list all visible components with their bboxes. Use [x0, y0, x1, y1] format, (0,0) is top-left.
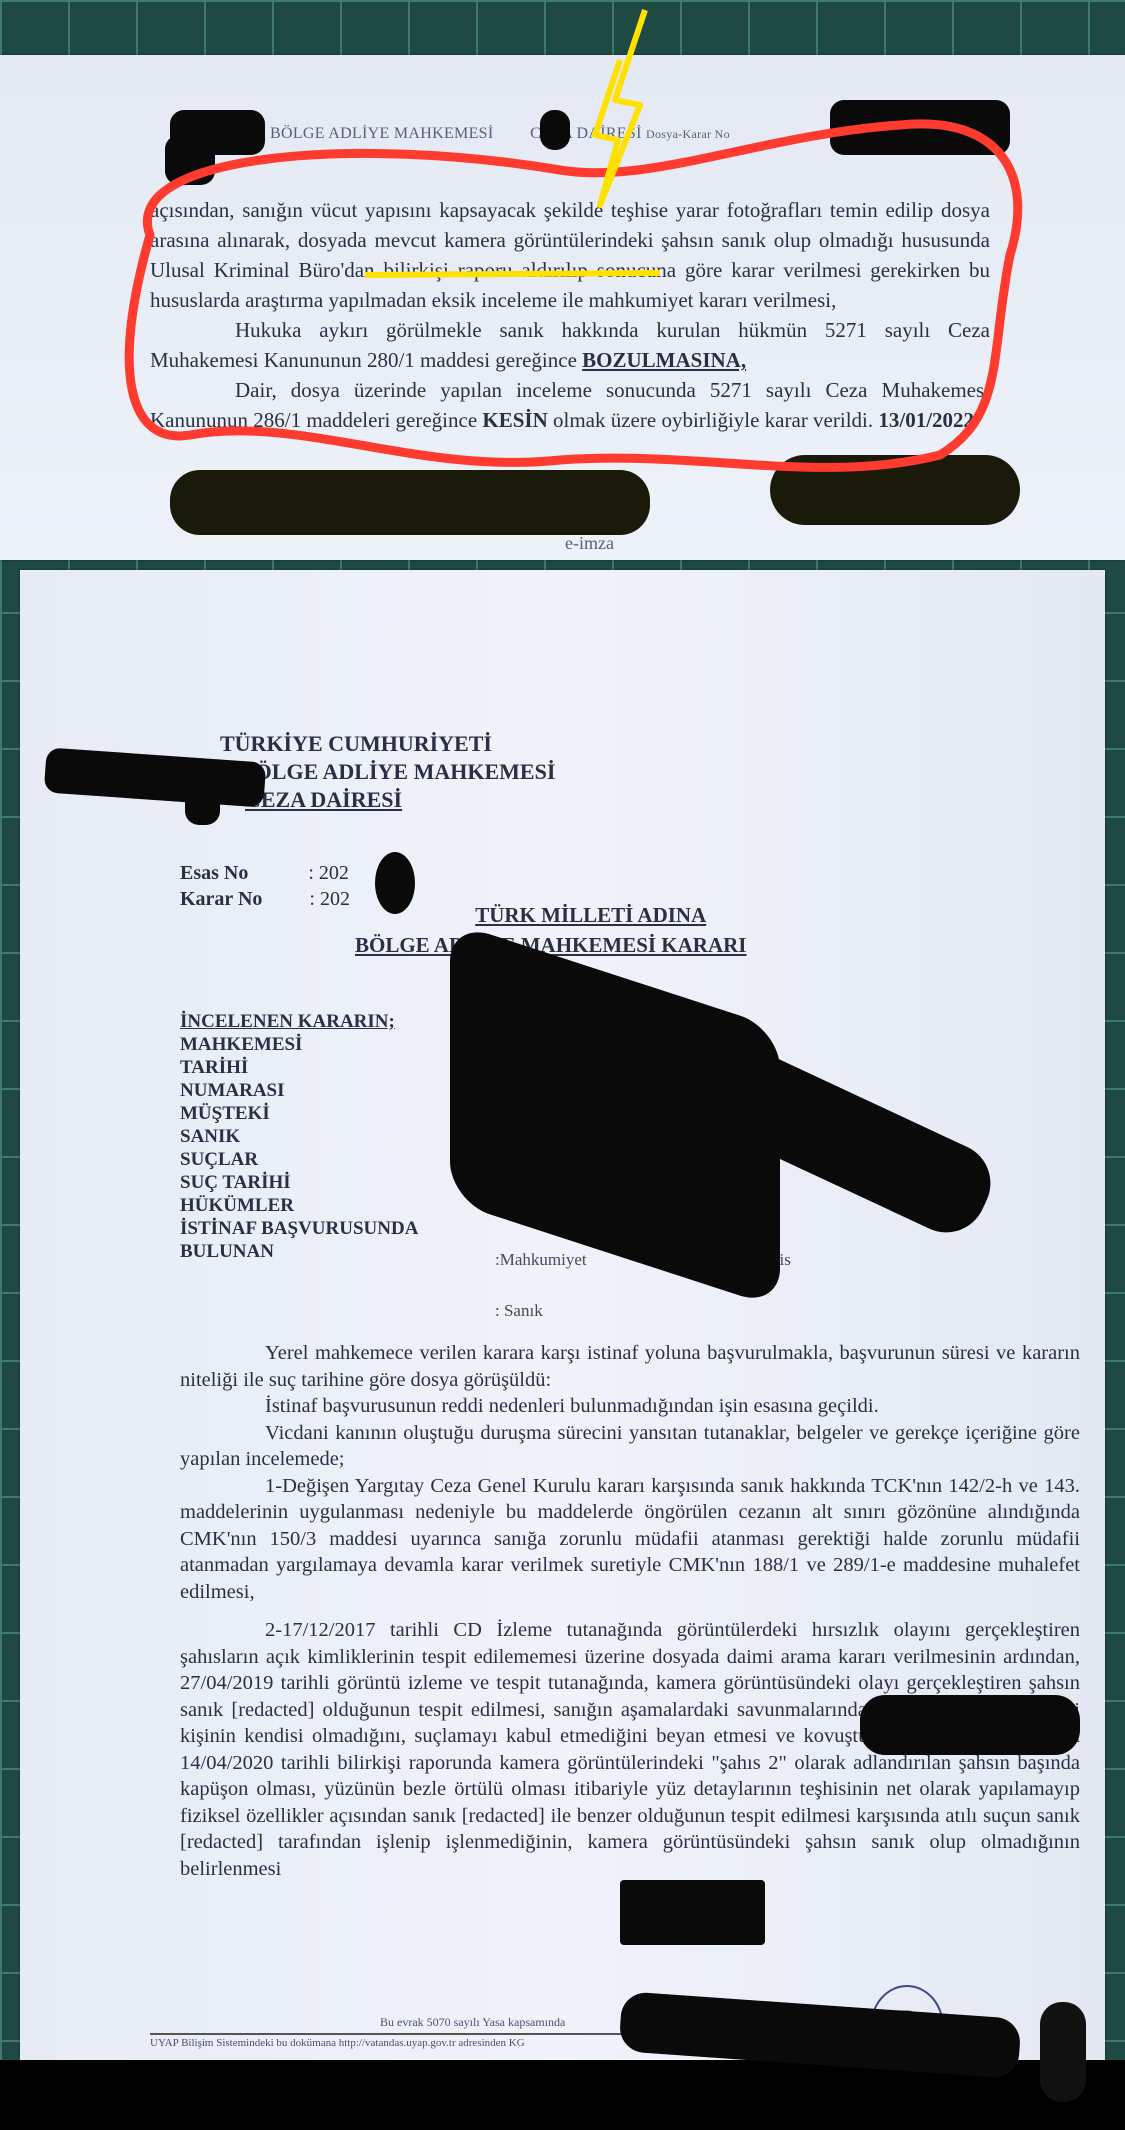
decision-body: Yerel mahkemece verilen karara karşı ist…: [180, 1340, 1080, 1882]
decision-date: 13/01/2022: [878, 408, 974, 432]
body-paragraph: Vicdani kanının oluştuğu duruşma sürecin…: [180, 1420, 1080, 1473]
karar-label: Karar No: [180, 888, 262, 910]
field-label: SANIK: [180, 1125, 418, 1148]
redaction-block: [830, 100, 1010, 155]
field-label: HÜKÜMLER: [180, 1194, 418, 1217]
body-paragraph: İstinaf başvurusunun reddi nedenleri bul…: [180, 1393, 1080, 1420]
decision-title: TÜRK MİLLETİ ADINA BÖLGE ADLİYE MAHKEMES…: [355, 900, 746, 960]
fields-heading: İNCELENEN KARARIN;: [180, 1010, 418, 1033]
court-heading: TÜRKİYE CUMHURİYETİ BÖLGE ADLİYE MAHKEME…: [220, 730, 555, 814]
final-paragraph: Dair, dosya üzerinde yapılan inceleme so…: [150, 375, 990, 435]
esign-label: e-imza: [565, 533, 614, 554]
field-label: İSTİNAF BAŞVURUSUNDA: [180, 1217, 418, 1240]
heading-republic: TÜRKİYE CUMHURİYETİ: [220, 730, 555, 758]
esas-label: Esas No: [180, 862, 248, 884]
case-numbers: Esas No: 202 Karar No: 202: [180, 860, 350, 912]
field-label: MÜŞTEKİ: [180, 1102, 418, 1125]
redaction-block: [860, 1695, 1080, 1755]
ruling-verdict: BOZULMASINA,: [582, 348, 746, 372]
redaction-block: [618, 1991, 1021, 2079]
redaction-block: [185, 770, 220, 825]
final-bold: KESİN: [482, 408, 547, 432]
heading-chamber: CEZA DAİRESİ: [245, 786, 555, 814]
header-court: BÖLGE ADLİYE MAHKEMESİ: [270, 125, 493, 142]
document-page-2: TÜRKİYE CUMHURİYETİ BÖLGE ADLİYE MAHKEME…: [20, 570, 1105, 2060]
esas-value: : 202: [308, 862, 349, 884]
field-value-bulunan: : Sanık: [495, 1301, 543, 1321]
karar-value: : 202: [309, 888, 350, 910]
body-paragraph: 1-Değişen Yargıtay Ceza Genel Kurulu kar…: [180, 1473, 1080, 1606]
qr-code-redacted: [1040, 2002, 1086, 2102]
field-label: SUÇ TARİHİ: [180, 1171, 418, 1194]
lightning-bolt-icon: [560, 0, 680, 260]
field-label: NUMARASI: [180, 1079, 418, 1102]
heading-court: BÖLGE ADLİYE MAHKEMESİ: [240, 758, 555, 786]
field-label: SUÇLAR: [180, 1148, 418, 1171]
redaction-block: [165, 135, 215, 185]
reviewed-decision-fields: İNCELENEN KARARIN; MAHKEMESİ TARİHİ NUMA…: [180, 1010, 418, 1263]
field-label: TARİHİ: [180, 1056, 418, 1079]
field-label: MAHKEMESİ: [180, 1033, 418, 1056]
field-value-hukumler: :Mahkumiyet: [495, 1250, 587, 1270]
signature-redaction: [170, 470, 650, 535]
field-label: BULUNAN: [180, 1240, 418, 1263]
body-paragraph: Yerel mahkemece verilen karara karşı ist…: [180, 1340, 1080, 1393]
signature-redaction: [770, 455, 1020, 525]
title-line1: TÜRK MİLLETİ ADINA: [435, 900, 746, 930]
ruling-paragraph: Hukuka aykırı görülmekle sanık hakkında …: [150, 315, 990, 375]
redaction-block: [620, 1880, 765, 1945]
